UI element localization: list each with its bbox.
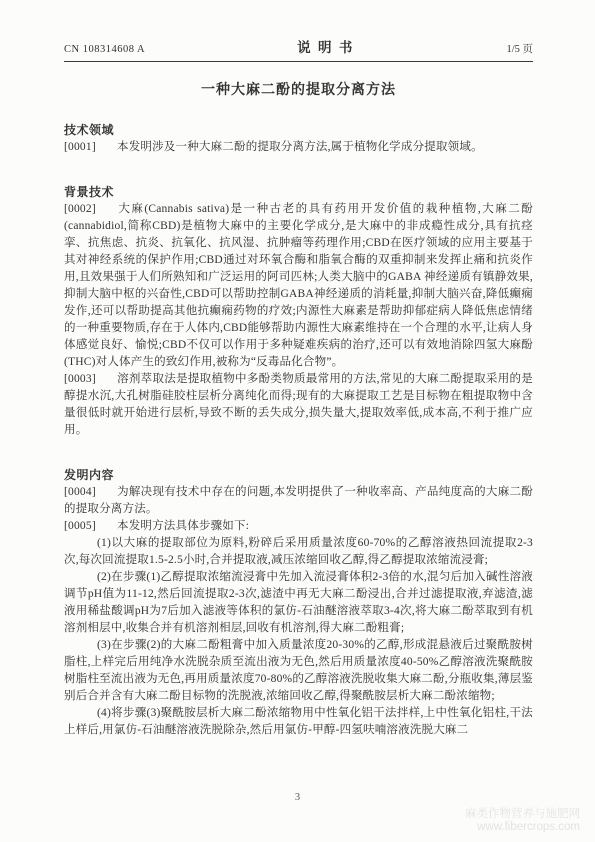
paragraph-text: 本发明方法具体步骤如下: — [117, 520, 249, 532]
step-paragraph: (3)在步骤(2)的大麻二酚粗膏中加入质量浓度20-30%的乙醇,形成混悬液后过… — [64, 637, 533, 705]
document-type-label: 说 明 书 — [297, 36, 354, 56]
sheet-indicator: 1/5 页 — [506, 41, 533, 56]
section: 背景技术[0002]大麻(Cannabis sativa)是一种古老的具有药用开… — [64, 184, 533, 439]
step-paragraph: (1)以大麻的提取部位为原料,粉碎后采用质量浓度60-70%的乙醇溶液热回流提取… — [64, 535, 533, 569]
watermark: 麻类作物营养与施肥网 www.fibercrops.com — [465, 808, 580, 834]
numbered-paragraph: [0005]本发明方法具体步骤如下: — [64, 518, 533, 535]
numbered-paragraph: [0003]溶剂萃取法是提取植物中多酚类物质最常用的方法,常见的大麻二酚提取采用… — [64, 371, 533, 439]
section: 发明内容[0004]为解决现有技术中存在的问题,本发明提供了一种收率高、产品纯度… — [64, 467, 533, 739]
paragraph-text: (3)在步骤(2)的大麻二酚粗膏中加入质量浓度20-30%的乙醇,形成混悬液后过… — [64, 639, 533, 702]
document-number: CN 108314608 A — [64, 44, 145, 55]
paragraph-number: [0004] — [64, 484, 117, 501]
paragraph-text: (1)以大麻的提取部位为原料,粉碎后采用质量浓度60-70%的乙醇溶液热回流提取… — [64, 537, 533, 566]
page-header: CN 108314608 A 说 明 书 1/5 页 — [64, 36, 533, 62]
paragraph-number: [0002] — [64, 201, 117, 218]
watermark-site-url: www.fibercrops.com — [465, 821, 580, 834]
watermark-site-name: 麻类作物营养与施肥网 — [465, 808, 580, 821]
step-paragraph: (4)将步骤(3)聚酰胺层析大麻二酚浓缩物用中性氧化铝干法拌样,上中性氧化铝柱,… — [64, 705, 533, 739]
section-heading: 发明内容 — [64, 467, 533, 484]
document-body: 技术领域[0001]本发明涉及一种大麻二酚的提取分离方法,属于植物化学成分提取领… — [64, 122, 533, 739]
numbered-paragraph: [0004]为解决现有技术中存在的问题,本发明提供了一种收率高、产品纯度高的大麻… — [64, 484, 533, 518]
page-title: 一种大麻二酚的提取分离方法 — [64, 79, 533, 99]
section-heading: 技术领域 — [64, 122, 533, 139]
paragraph-number: [0001] — [64, 139, 117, 156]
paragraph-number: [0005] — [64, 518, 117, 535]
section: 技术领域[0001]本发明涉及一种大麻二酚的提取分离方法,属于植物化学成分提取领… — [64, 122, 533, 156]
patent-page: CN 108314608 A 说 明 书 1/5 页 一种大麻二酚的提取分离方法… — [0, 0, 595, 842]
numbered-paragraph: [0001]本发明涉及一种大麻二酚的提取分离方法,属于植物化学成分提取领域。 — [64, 139, 533, 156]
section-heading: 背景技术 — [64, 184, 533, 201]
paragraph-number: [0003] — [64, 371, 117, 388]
numbered-paragraph: [0002]大麻(Cannabis sativa)是一种古老的具有药用开发价值的… — [64, 201, 533, 371]
paragraph-text: (4)将步骤(3)聚酰胺层析大麻二酚浓缩物用中性氧化铝干法拌样,上中性氧化铝柱,… — [64, 707, 533, 736]
paragraph-text: 大麻(Cannabis sativa)是一种古老的具有药用开发价值的栽种植物,大… — [64, 203, 533, 368]
paragraph-text: 为解决现有技术中存在的问题,本发明提供了一种收率高、产品纯度高的大麻二酚的提取分… — [64, 486, 533, 515]
paragraph-text: (2)在步骤(1)乙醇提取浓缩流浸膏中先加入流浸膏体积2-3倍的水,混匀后加入碱… — [64, 571, 533, 634]
paragraph-text: 本发明涉及一种大麻二酚的提取分离方法,属于植物化学成分提取领域。 — [117, 141, 483, 153]
paragraph-text: 溶剂萃取法是提取植物中多酚类物质最常用的方法,常见的大麻二酚提取采用的是醇提水沉… — [64, 373, 533, 436]
step-paragraph: (2)在步骤(1)乙醇提取浓缩流浸膏中先加入流浸膏体积2-3倍的水,混匀后加入碱… — [64, 569, 533, 637]
page-number: 3 — [0, 792, 595, 803]
